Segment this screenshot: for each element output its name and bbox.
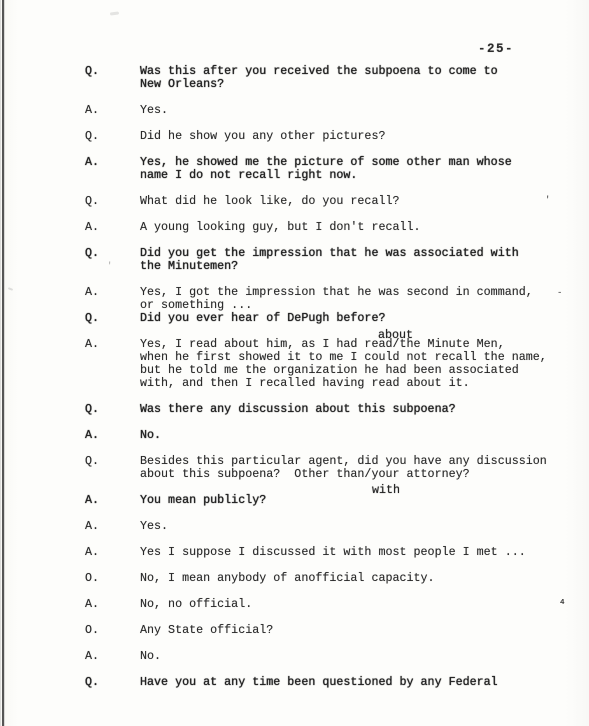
document-page: -25- Q.Was this after you received the s…	[0, 0, 589, 726]
speaker-label: A.	[85, 546, 99, 559]
entry-text: Yes, I read about him, as I had read/the…	[140, 338, 547, 390]
speaker-label: Q.	[85, 312, 99, 325]
entry-text: No, no official.	[140, 598, 252, 611]
entry-text: Yes.	[140, 520, 168, 533]
entry-line: with, and then I recalled having read ab…	[140, 377, 547, 390]
scan-mark: -	[557, 289, 562, 298]
entry-text: What did he look like, do you recall?	[140, 195, 400, 208]
entry-text: Yes.	[140, 104, 168, 117]
typed-insertion: with	[372, 484, 400, 497]
entry-text: Besides this particular agent, did you h…	[140, 455, 547, 481]
entry-line: No, I mean anybody of anofficial capacit…	[140, 572, 435, 585]
speaker-label: Q.	[85, 195, 99, 208]
speaker-label: A.	[85, 494, 99, 507]
entry-line: Yes.	[140, 104, 168, 117]
speaker-label: Q.	[85, 65, 99, 78]
entry-text: Was there any discussion about this subp…	[140, 403, 456, 416]
scan-mark: 4	[560, 599, 565, 608]
speaker-label: A.	[85, 286, 99, 299]
entry-line: You mean publicly?	[140, 494, 266, 507]
entry-line: about this subpoena? Other than/your att…	[140, 468, 547, 481]
entry-text: Yes, he showed me the picture of some ot…	[140, 156, 512, 182]
speaker-label: A.	[85, 598, 99, 611]
speaker-label: Q.	[85, 247, 99, 260]
speaker-label: Q.	[85, 403, 99, 416]
entry-text: Any State official?	[140, 624, 273, 637]
typed-insertion: about	[378, 329, 413, 342]
transcript: Q.Was this after you received the subpoe…	[0, 0, 589, 726]
scan-mark: '	[545, 196, 550, 205]
entry-text: Did you ever hear of DePugh before?	[140, 312, 385, 325]
entry-text: Did he show you any other pictures?	[140, 130, 385, 143]
speaker-label: A.	[85, 221, 99, 234]
entry-text: No, I mean anybody of anofficial capacit…	[140, 572, 435, 585]
entry-line: Did he show you any other pictures?	[140, 130, 385, 143]
speaker-label: Q.	[85, 676, 99, 689]
entry-text: Have you at any time been questioned by …	[140, 676, 498, 689]
entry-line: the Minutemen?	[140, 260, 519, 273]
entry-line: name I do not recall right now.	[140, 169, 512, 182]
entry-line: A young looking guy, but I don't recall.	[140, 221, 421, 234]
entry-text: A young looking guy, but I don't recall.	[140, 221, 421, 234]
entry-line: Was there any discussion about this subp…	[140, 403, 456, 416]
entry-line: New Orleans?	[140, 78, 498, 91]
speaker-label: O.	[85, 624, 99, 637]
speaker-label: A.	[85, 429, 99, 442]
entry-line: Did you ever hear of DePugh before?	[140, 312, 385, 325]
entry-text: Yes I suppose I discussed it with most p…	[140, 546, 526, 559]
speaker-label: A.	[85, 338, 99, 351]
speaker-label: A.	[85, 156, 99, 169]
entry-line: Have you at any time been questioned by …	[140, 676, 498, 689]
entry-line: No.	[140, 650, 161, 663]
speaker-label: A.	[85, 104, 99, 117]
entry-text: Yes, I got the impression that he was se…	[140, 286, 533, 312]
speaker-label: A.	[85, 520, 99, 533]
entry-text: No.	[140, 429, 161, 442]
speaker-label: Q.	[85, 455, 99, 468]
entry-line: No, no official.	[140, 598, 252, 611]
entry-text: Did you get the impression that he was a…	[140, 247, 519, 273]
entry-line: No.	[140, 429, 161, 442]
entry-line: Any State official?	[140, 624, 273, 637]
entry-line: Yes I suppose I discussed it with most p…	[140, 546, 526, 559]
speaker-label: Q.	[85, 130, 99, 143]
speaker-label: A.	[85, 650, 99, 663]
entry-text: No.	[140, 650, 161, 663]
speaker-label: O.	[85, 572, 99, 585]
entry-line: What did he look like, do you recall?	[140, 195, 400, 208]
entry-line: Yes.	[140, 520, 168, 533]
entry-text: You mean publicly?	[140, 494, 266, 507]
entry-text: Was this after you received the subpoena…	[140, 65, 498, 91]
scan-mark: '	[107, 262, 112, 271]
